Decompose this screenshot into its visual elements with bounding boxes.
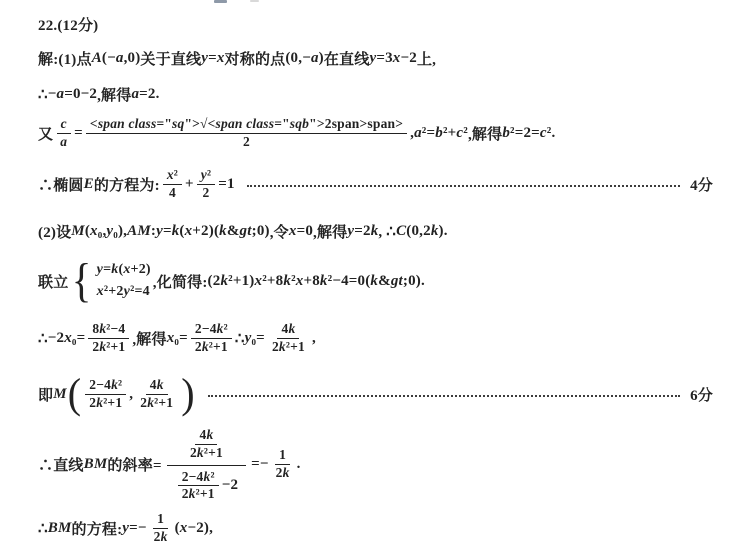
- text-run: 对称的点: [225, 48, 286, 69]
- fraction-numerator: 1: [153, 511, 168, 529]
- fraction-denominator: 2k²+1: [178, 486, 219, 503]
- math-run: E: [84, 176, 94, 193]
- fraction-numerator: <span class="sq">√<span class="sqb">2spa…: [86, 116, 407, 134]
- text-run: 在直线: [324, 48, 370, 69]
- math-run: =1: [218, 176, 234, 193]
- fraction-denominator: 4: [165, 185, 180, 202]
- math-run: =: [74, 125, 83, 142]
- math-run: A(−a,0): [92, 50, 141, 67]
- score-mark: 4分: [690, 174, 713, 195]
- text-run: 的方程为:: [94, 174, 160, 195]
- line-problem-number: 22.(12分): [38, 13, 713, 35]
- solution-document: 22.(12分)解:(1)点 A(−a,0) 关于直线 y=x 对称的点 (0,…: [0, 0, 739, 558]
- fraction: <span class="sq">√<span class="sqb">2spa…: [86, 116, 407, 151]
- fraction-denominator: 2k²+1: [268, 339, 309, 356]
- math-run: M(x₀,y₀): [71, 223, 123, 240]
- compound-denominator: 2−4k²2k²+1−2: [167, 466, 246, 504]
- math-run: y=3x−2: [369, 50, 416, 67]
- fraction: 2−4k²2k²+1: [85, 377, 126, 412]
- left-brace: {: [72, 259, 92, 302]
- compound-numerator: 4k2k²+1: [167, 425, 246, 466]
- text-run: 即: [38, 384, 53, 405]
- text-run: ∴直线: [38, 454, 84, 475]
- fraction-denominator: 2k²+1: [186, 445, 227, 462]
- fraction-denominator: 2k²+1: [85, 395, 126, 412]
- text-run: 又: [38, 123, 53, 144]
- math-run: −a=0−2: [48, 86, 97, 103]
- text-run: 的斜率=: [107, 454, 161, 475]
- text-run: ,: [209, 520, 213, 537]
- fraction-denominator: 2: [199, 185, 214, 202]
- cropped-text-fragment: [214, 0, 227, 3]
- equation-system: {y=k(x+2)x²+2y²=4: [70, 259, 150, 304]
- fraction: 4k2k²+1: [136, 377, 177, 412]
- fraction-numerator: x²: [163, 167, 182, 185]
- fraction: 2−4k²2k²+1: [191, 321, 232, 356]
- text-run: ,解得: [313, 221, 347, 242]
- text-run: ∴: [38, 329, 48, 348]
- fraction-numerator: 4k: [195, 427, 217, 445]
- text-run: 关于直线: [140, 48, 201, 69]
- fraction: 12k: [272, 447, 294, 482]
- text-run: ,化简得:: [153, 271, 208, 292]
- fraction: 12k: [150, 511, 172, 546]
- text-run: ,令: [270, 221, 289, 242]
- math-run: C(0,2k): [396, 223, 444, 240]
- fraction-denominator: 2k²+1: [88, 339, 129, 356]
- fraction-numerator: 2−4k²: [191, 321, 232, 339]
- text-run: , ∴: [378, 222, 396, 241]
- math-solution-page: { "page": { "background": "#ffffff", "te…: [0, 0, 739, 558]
- text-run: ∴: [38, 85, 48, 104]
- right-paren: ): [181, 377, 195, 411]
- math-run: y₀=: [245, 330, 265, 347]
- text-run: 的方程:: [72, 518, 123, 539]
- text-run: 解:(1)点: [38, 48, 92, 69]
- fraction-numerator: 2−4k²: [178, 469, 219, 487]
- fraction-numerator: 2−4k²: [85, 377, 126, 395]
- dotted-leader: [247, 185, 680, 187]
- fraction: 8k²−42k²+1: [88, 321, 129, 356]
- math-run: (0,−a): [285, 50, 324, 67]
- fraction-denominator: 2k: [272, 465, 294, 482]
- line-slope-bm: ∴直线 BM 的斜率=4k2k²+12−4k²2k²+1−2=−12k .: [38, 422, 713, 506]
- fraction-numerator: c: [57, 116, 71, 134]
- math-run: BM: [48, 520, 72, 537]
- fraction-denominator: 2k: [150, 529, 172, 546]
- fraction: ca: [56, 116, 71, 151]
- fraction: 4k2k²+1: [268, 321, 309, 356]
- fraction: 4k2k²+1: [186, 427, 227, 462]
- text-run: ∴椭圆: [38, 174, 84, 195]
- line-ellipse-equation: ∴椭圆 E 的方程为: x²4+y²2=14分: [38, 162, 713, 206]
- text-run: ,解得: [132, 328, 166, 349]
- fraction-numerator: 4k: [146, 377, 168, 395]
- fraction-numerator: 8k²−4: [88, 321, 129, 339]
- left-paren: (: [68, 377, 82, 411]
- math-run: b²=2=c²: [502, 125, 551, 142]
- math-run: =−: [251, 456, 269, 473]
- score-mark: 6分: [690, 384, 713, 405]
- line-eccentricity: 又 ca=<span class="sq">√<span class="sqb"…: [38, 111, 713, 155]
- cropped-text-fragment: [250, 0, 259, 2]
- math-run: (x−2): [175, 520, 210, 537]
- math-run: ,: [129, 386, 133, 403]
- line-system-simplify: 联立 {y=k(x+2)x²+2y²=4 ,化简得: (2k²+1)x²+8k²…: [38, 255, 713, 307]
- text-run: ,: [312, 330, 316, 347]
- fraction-denominator: 2: [239, 134, 254, 151]
- math-run: M: [53, 386, 67, 403]
- line-part1-symmetry: 解:(1)点 A(−a,0) 关于直线 y=x 对称的点 (0,−a) 在直线 …: [38, 47, 713, 69]
- text-run: .: [551, 125, 555, 142]
- fraction-numerator: y²: [197, 167, 215, 185]
- fraction-numerator: 4k: [277, 321, 299, 339]
- system-equation-row: y=k(x+2): [97, 259, 151, 281]
- text-run: 上,: [417, 48, 436, 69]
- text-run: .: [297, 456, 301, 473]
- text-run: 联立: [38, 271, 68, 292]
- system-equation-row: x²+2y²=4: [97, 281, 150, 303]
- math-run: −2: [222, 477, 238, 494]
- text-run: ∴: [235, 329, 245, 348]
- line-part2-setup: (2)设 M(x₀,y₀) , AM:y=k(x+2)(k&gt;0) ,令 x…: [38, 220, 713, 242]
- line-point-m: 即 M(2−4k²2k²+1,4k2k²+1)6分: [38, 371, 713, 417]
- math-run: x=0: [289, 223, 313, 240]
- math-run: a²=b²+c²: [414, 125, 468, 142]
- fraction-denominator: a: [56, 134, 71, 151]
- math-run: (2k²+1)x²+8k²x+8k²−4=0(k&gt;0): [208, 273, 421, 290]
- compound-fraction: 4k2k²+12−4k²2k²+1−2: [167, 425, 246, 504]
- math-run: AM:y=k(x+2)(k&gt;0): [127, 223, 270, 240]
- text-run: ,解得: [97, 84, 131, 105]
- fraction: x²4: [163, 167, 182, 202]
- math-run: +: [185, 176, 194, 193]
- math-run: BM: [84, 456, 108, 473]
- system-equations: y=k(x+2)x²+2y²=4: [97, 259, 151, 304]
- math-run: y=2k: [347, 223, 378, 240]
- fraction: 2−4k²2k²+1: [178, 469, 219, 504]
- fraction-denominator: 2k²+1: [191, 339, 232, 356]
- text-run: ,解得: [468, 123, 502, 144]
- parenthesized-group: (2−4k²2k²+1,4k2k²+1): [67, 377, 196, 412]
- line-solve-a: ∴ −a=0−2 ,解得 a=2 .: [38, 83, 713, 105]
- fraction: y²2: [197, 167, 215, 202]
- math-run: y=−: [122, 520, 146, 537]
- dotted-leader: [208, 395, 680, 397]
- fraction-denominator: 2k²+1: [136, 395, 177, 412]
- text-run: .: [156, 86, 160, 103]
- line-vieta-solve: ∴ −2x₀=8k²−42k²+1 ,解得 x₀=2−4k²2k²+1 ∴ y₀…: [38, 315, 713, 361]
- text-run: .: [444, 223, 448, 240]
- text-run: 22.(12分): [38, 14, 98, 35]
- line-equation-bm: ∴ BM 的方程: y=−12k(x−2) ,: [38, 509, 713, 547]
- math-run: a=2: [131, 86, 155, 103]
- math-run: −2x₀=: [48, 330, 86, 347]
- text-run: .: [421, 273, 425, 290]
- fraction-numerator: 1: [275, 447, 290, 465]
- text-run: ∴: [38, 519, 48, 538]
- math-run: y=x: [201, 50, 224, 67]
- math-run: x₀=: [167, 330, 188, 347]
- text-run: (2)设: [38, 221, 71, 242]
